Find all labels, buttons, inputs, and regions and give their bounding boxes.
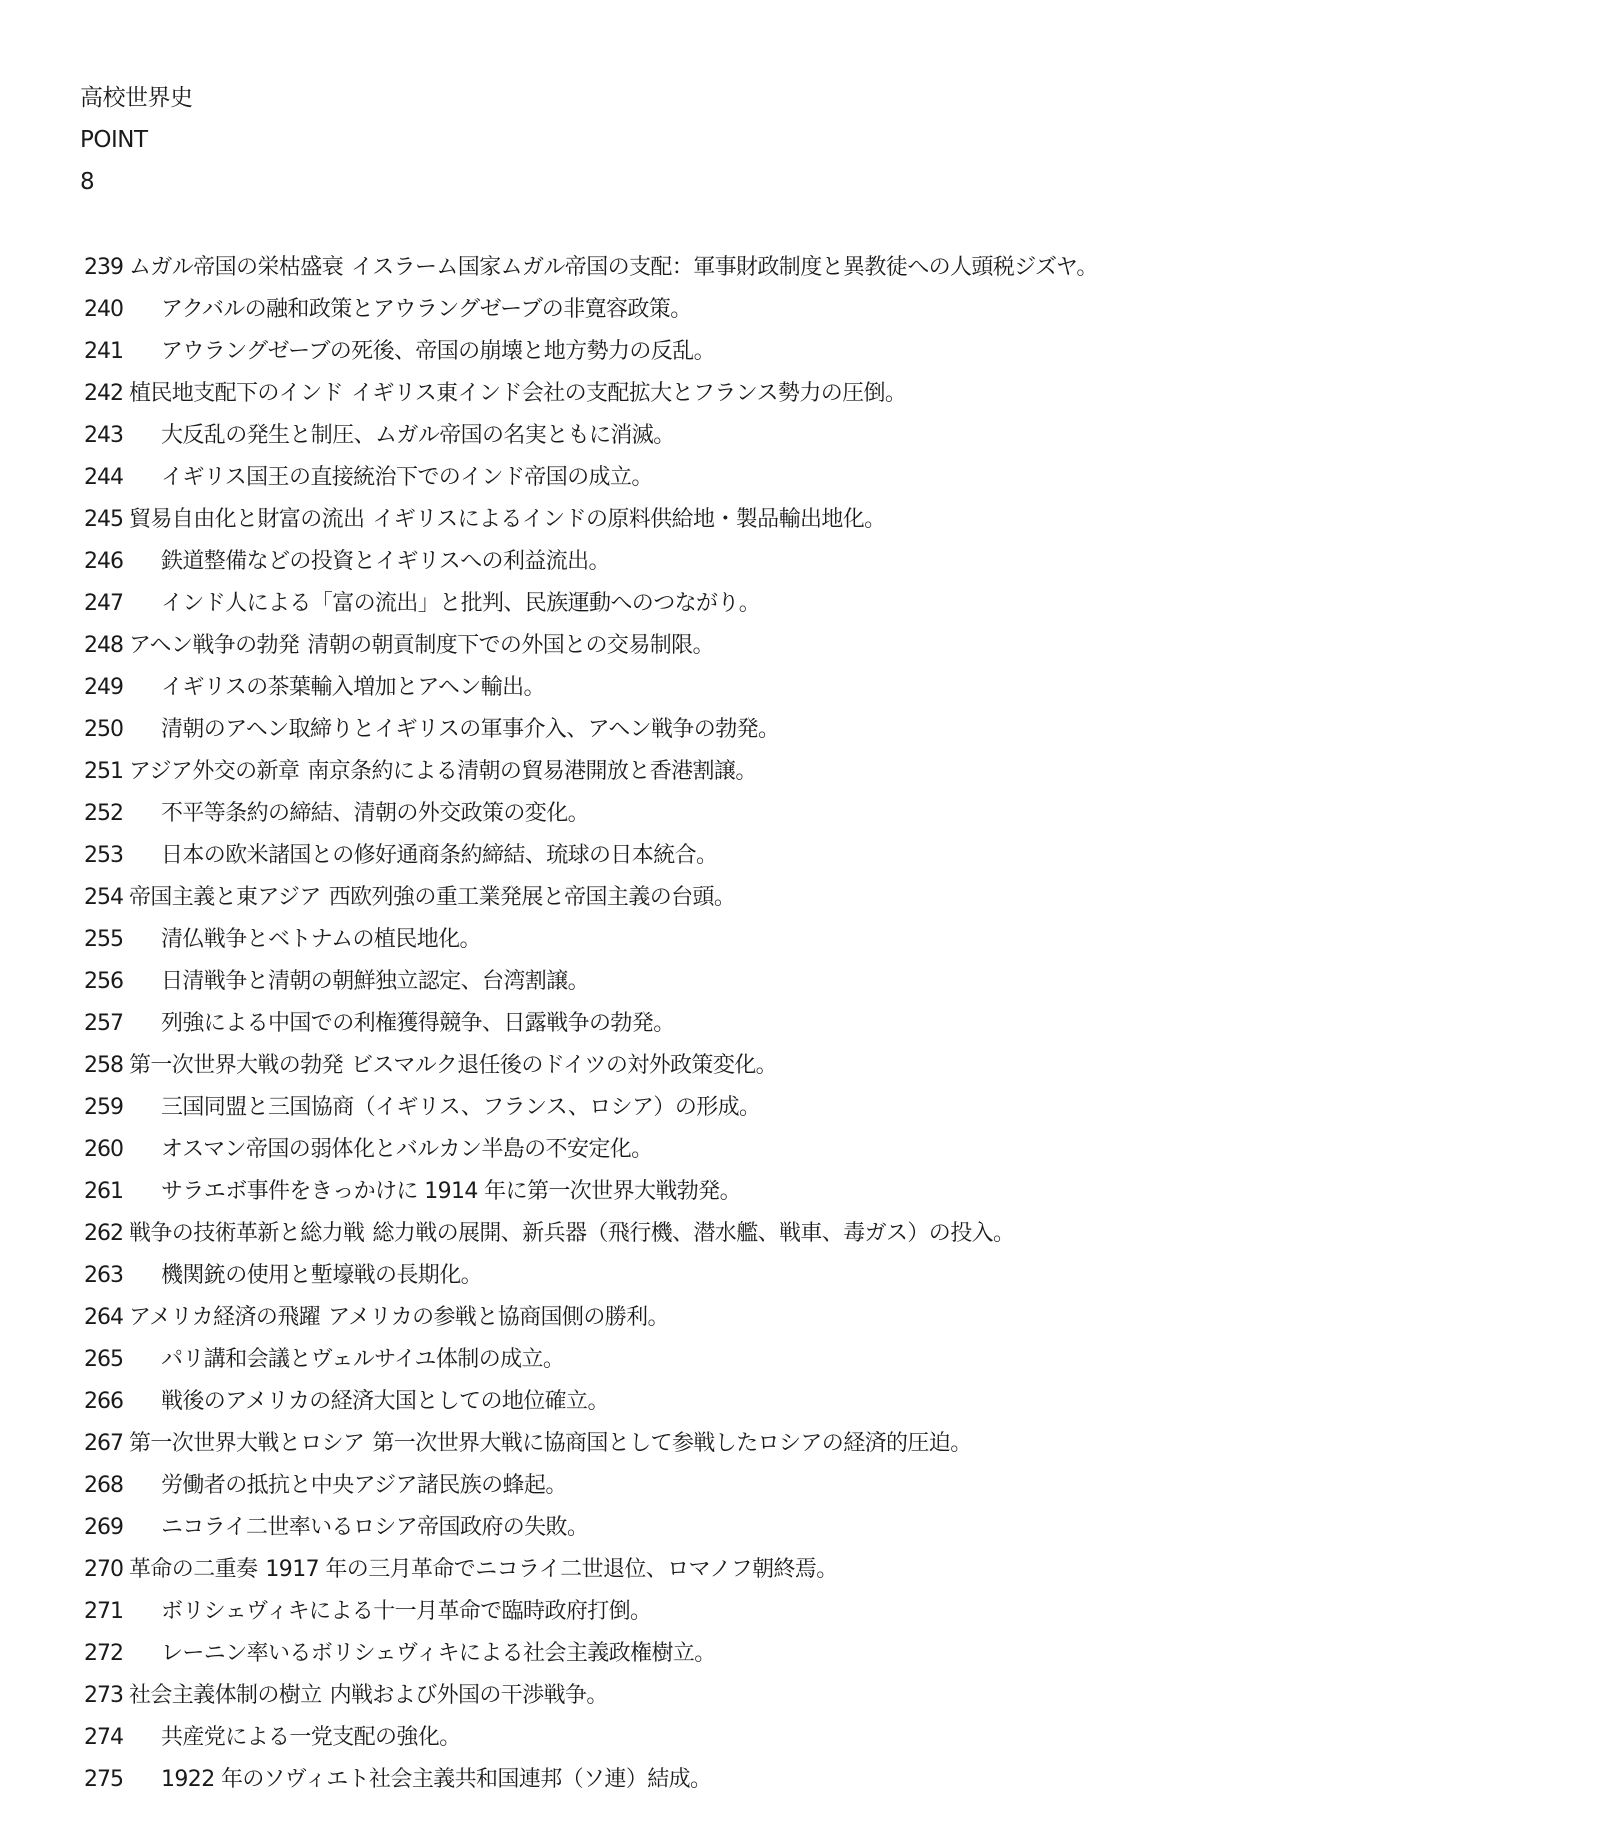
list-item: 256日清戦争と清朝の朝鮮独立認定、台湾割譲。 <box>84 961 1098 1003</box>
item-number: 245 <box>84 499 123 541</box>
item-number: 251 <box>84 751 123 793</box>
item-number: 255 <box>84 919 161 961</box>
list-item: 265パリ講和会議とヴェルサイユ体制の成立。 <box>84 1339 1098 1381</box>
item-number: 241 <box>84 331 161 373</box>
list-item: 266戦後のアメリカの経済大国としての地位確立。 <box>84 1381 1098 1423</box>
list-item: 262戦争の技術革新と総力戦総力戦の展開、新兵器（飛行機、潜水艦、戦車、毒ガス）… <box>84 1213 1098 1255</box>
section-heading: 戦争の技術革新と総力戦 <box>129 1221 364 1246</box>
item-text: イスラーム国家ムガル帝国の支配：軍事財政制度と異教徒への人頭税ジズヤ。 <box>351 255 1098 280</box>
item-text: アクバルの融和政策とアウラングゼーブの非寛容政策。 <box>161 297 692 322</box>
item-text: 総力戦の展開、新兵器（飛行機、潜水艦、戦車、毒ガス）の投入。 <box>372 1221 1014 1246</box>
item-number: 266 <box>84 1381 161 1423</box>
list-item: 272レーニン率いるボリシェヴィキによる社会主義政権樹立。 <box>84 1633 1098 1675</box>
item-text: 労働者の抵抗と中央アジア諸民族の蜂起。 <box>161 1473 567 1498</box>
list-item: 270革命の二重奏1917 年の三月革命でニコライ二世退位、ロマノフ朝終焉。 <box>84 1549 1098 1591</box>
item-text: 三国同盟と三国協商（イギリス、フランス、ロシア）の形成。 <box>161 1095 760 1120</box>
item-text: アウラングゼーブの死後、帝国の崩壊と地方勢力の反乱。 <box>161 339 715 364</box>
point-label: POINT <box>80 119 148 161</box>
item-text: パリ講和会議とヴェルサイユ体制の成立。 <box>161 1347 564 1372</box>
section-heading: 社会主義体制の樹立 <box>129 1683 322 1708</box>
section-heading: アジア外交の新章 <box>129 759 299 784</box>
list-item: 263機関銃の使用と塹壕戦の長期化。 <box>84 1255 1098 1297</box>
section-heading: アメリカ経済の飛躍 <box>129 1305 320 1330</box>
item-number: 240 <box>84 289 161 331</box>
list-item: 248アヘン戦争の勃発清朝の朝貢制度下での外国との交易制限。 <box>84 625 1098 667</box>
item-text: ビスマルク退任後のドイツの対外政策変化。 <box>351 1053 777 1078</box>
item-number: 246 <box>84 541 161 583</box>
list-item: 239ムガル帝国の栄枯盛衰イスラーム国家ムガル帝国の支配：軍事財政制度と異教徒へ… <box>84 247 1098 289</box>
subject-title: 高校世界史 <box>80 77 193 119</box>
list-item: 257列強による中国での利権獲得競争、日露戦争の勃発。 <box>84 1003 1098 1045</box>
item-text: 不平等条約の締結、清朝の外交政策の変化。 <box>161 801 589 826</box>
item-number: 249 <box>84 667 161 709</box>
list-item: 246鉄道整備などの投資とイギリスへの利益流出。 <box>84 541 1098 583</box>
item-number: 269 <box>84 1507 161 1549</box>
item-number: 254 <box>84 877 123 919</box>
list-item: 260オスマン帝国の弱体化とバルカン半島の不安定化。 <box>84 1129 1098 1171</box>
item-text: 鉄道整備などの投資とイギリスへの利益流出。 <box>161 549 610 574</box>
list-item: 250清朝のアヘン取締りとイギリスの軍事介入、アヘン戦争の勃発。 <box>84 709 1098 751</box>
list-item: 245貿易自由化と財富の流出イギリスによるインドの原料供給地・製品輸出地化。 <box>84 499 1098 541</box>
item-number: 258 <box>84 1045 123 1087</box>
item-number: 264 <box>84 1297 123 1339</box>
item-text: 列強による中国での利権獲得競争、日露戦争の勃発。 <box>161 1011 675 1036</box>
list-item: 252不平等条約の締結、清朝の外交政策の変化。 <box>84 793 1098 835</box>
list-item: 264アメリカ経済の飛躍アメリカの参戦と協商国側の勝利。 <box>84 1297 1098 1339</box>
point-list: 239ムガル帝国の栄枯盛衰イスラーム国家ムガル帝国の支配：軍事財政制度と異教徒へ… <box>84 247 1098 1801</box>
item-number: 263 <box>84 1255 161 1297</box>
item-text: イギリス国王の直接統治下でのインド帝国の成立。 <box>161 465 653 490</box>
item-text: 内戦および外国の干渉戦争。 <box>330 1683 608 1708</box>
list-item: 249イギリスの茶葉輸入増加とアヘン輸出。 <box>84 667 1098 709</box>
list-item: 274共産党による一党支配の強化。 <box>84 1717 1098 1759</box>
list-item: 259三国同盟と三国協商（イギリス、フランス、ロシア）の形成。 <box>84 1087 1098 1129</box>
item-number: 261 <box>84 1171 161 1213</box>
item-text: 南京条約による清朝の貿易港開放と香港割譲。 <box>307 759 756 784</box>
item-text: 清仏戦争とベトナムの植民地化。 <box>161 927 481 952</box>
item-text: アメリカの参戦と協商国側の勝利。 <box>328 1305 669 1330</box>
list-item: 244イギリス国王の直接統治下でのインド帝国の成立。 <box>84 457 1098 499</box>
item-text: 西欧列強の重工業発展と帝国主義の台頭。 <box>329 885 736 910</box>
list-item: 240アクバルの融和政策とアウラングゼーブの非寛容政策。 <box>84 289 1098 331</box>
item-text: イギリスの茶葉輸入増加とアヘン輸出。 <box>161 675 545 700</box>
item-number: 243 <box>84 415 161 457</box>
list-item: 242植民地支配下のインドイギリス東インド会社の支配拡大とフランス勢力の圧倒。 <box>84 373 1098 415</box>
item-number: 242 <box>84 373 123 415</box>
item-number: 257 <box>84 1003 161 1045</box>
list-item: 251アジア外交の新章南京条約による清朝の貿易港開放と香港割譲。 <box>84 751 1098 793</box>
section-heading: ムガル帝国の栄枯盛衰 <box>129 255 343 280</box>
list-item: 269ニコライ二世率いるロシア帝国政府の失敗。 <box>84 1507 1098 1549</box>
item-number: 244 <box>84 457 161 499</box>
section-heading: 革命の二重奏 <box>129 1557 257 1582</box>
item-text: イギリスによるインドの原料供給地・製品輸出地化。 <box>372 507 885 532</box>
item-number: 268 <box>84 1465 161 1507</box>
item-number: 273 <box>84 1675 123 1717</box>
list-item: 255清仏戦争とベトナムの植民地化。 <box>84 919 1098 961</box>
list-item: 2751922 年のソヴィエト社会主義共和国連邦（ソ連）結成。 <box>84 1759 1098 1801</box>
item-text: 戦後のアメリカの経済大国としての地位確立。 <box>161 1389 609 1414</box>
section-heading: 帝国主義と東アジア <box>129 885 321 910</box>
item-number: 262 <box>84 1213 123 1255</box>
item-number: 248 <box>84 625 123 667</box>
item-text: 清朝の朝貢制度下での外国との交易制限。 <box>307 633 714 658</box>
section-heading: 植民地支配下のインド <box>129 381 343 406</box>
item-text: レーニン率いるボリシェヴィキによる社会主義政権樹立。 <box>161 1641 716 1666</box>
item-text: 共産党による一党支配の強化。 <box>161 1725 461 1750</box>
item-number: 270 <box>84 1549 123 1591</box>
item-text: 1917 年の三月革命でニコライ二世退位、ロマノフ朝終焉。 <box>265 1557 837 1582</box>
item-text: 日本の欧米諸国との修好通商条約締結、琉球の日本統合。 <box>161 843 717 868</box>
item-text: 日清戦争と清朝の朝鮮独立認定、台湾割譲。 <box>161 969 589 994</box>
list-item: 253日本の欧米諸国との修好通商条約締結、琉球の日本統合。 <box>84 835 1098 877</box>
item-number: 260 <box>84 1129 161 1171</box>
item-number: 253 <box>84 835 161 877</box>
item-text: 大反乱の発生と制圧、ムガル帝国の名実ともに消滅。 <box>161 423 675 448</box>
item-text: オスマン帝国の弱体化とバルカン半島の不安定化。 <box>161 1137 653 1162</box>
list-item: 258第一次世界大戦の勃発ビスマルク退任後のドイツの対外政策変化。 <box>84 1045 1098 1087</box>
item-text: ニコライ二世率いるロシア帝国政府の失敗。 <box>161 1515 588 1540</box>
item-text: ボリシェヴィキによる十一月革命で臨時政府打倒。 <box>161 1599 651 1624</box>
item-number: 252 <box>84 793 161 835</box>
item-number: 271 <box>84 1591 161 1633</box>
list-item: 243大反乱の発生と制圧、ムガル帝国の名実ともに消滅。 <box>84 415 1098 457</box>
item-text: 清朝のアヘン取締りとイギリスの軍事介入、アヘン戦争の勃発。 <box>161 717 779 742</box>
section-heading: アヘン戦争の勃発 <box>129 633 299 658</box>
list-item: 241アウラングゼーブの死後、帝国の崩壊と地方勢力の反乱。 <box>84 331 1098 373</box>
list-item: 261サラエボ事件をきっかけに 1914 年に第一次世界大戦勃発。 <box>84 1171 1098 1213</box>
item-text: サラエボ事件をきっかけに 1914 年に第一次世界大戦勃発。 <box>161 1179 741 1204</box>
section-heading: 第一次世界大戦とロシア <box>129 1431 364 1456</box>
section-heading: 貿易自由化と財富の流出 <box>129 507 364 532</box>
item-number: 274 <box>84 1717 161 1759</box>
list-item: 273社会主義体制の樹立内戦および外国の干渉戦争。 <box>84 1675 1098 1717</box>
item-text: 機関銃の使用と塹壕戦の長期化。 <box>161 1263 482 1288</box>
list-item: 271ボリシェヴィキによる十一月革命で臨時政府打倒。 <box>84 1591 1098 1633</box>
item-text: イギリス東インド会社の支配拡大とフランス勢力の圧倒。 <box>351 381 906 406</box>
item-number: 256 <box>84 961 161 1003</box>
item-number: 275 <box>84 1759 161 1801</box>
item-number: 247 <box>84 583 161 625</box>
item-text: 1922 年のソヴィエト社会主義共和国連邦（ソ連）結成。 <box>161 1767 711 1792</box>
section-heading: 第一次世界大戦の勃発 <box>129 1053 343 1078</box>
item-number: 272 <box>84 1633 161 1675</box>
list-item: 247インド人による「富の流出」と批判、民族運動へのつながり。 <box>84 583 1098 625</box>
list-item: 268労働者の抵抗と中央アジア諸民族の蜂起。 <box>84 1465 1098 1507</box>
item-number: 267 <box>84 1423 123 1465</box>
item-text: インド人による「富の流出」と批判、民族運動へのつながり。 <box>161 591 760 616</box>
list-item: 267第一次世界大戦とロシア第一次世界大戦に協商国として参戦したロシアの経済的圧… <box>84 1423 1098 1465</box>
point-number: 8 <box>80 161 94 203</box>
item-number: 239 <box>84 247 123 289</box>
item-number: 265 <box>84 1339 161 1381</box>
item-text: 第一次世界大戦に協商国として参戦したロシアの経済的圧迫。 <box>372 1431 971 1456</box>
item-number: 259 <box>84 1087 161 1129</box>
item-number: 250 <box>84 709 161 751</box>
list-item: 254帝国主義と東アジア西欧列強の重工業発展と帝国主義の台頭。 <box>84 877 1098 919</box>
